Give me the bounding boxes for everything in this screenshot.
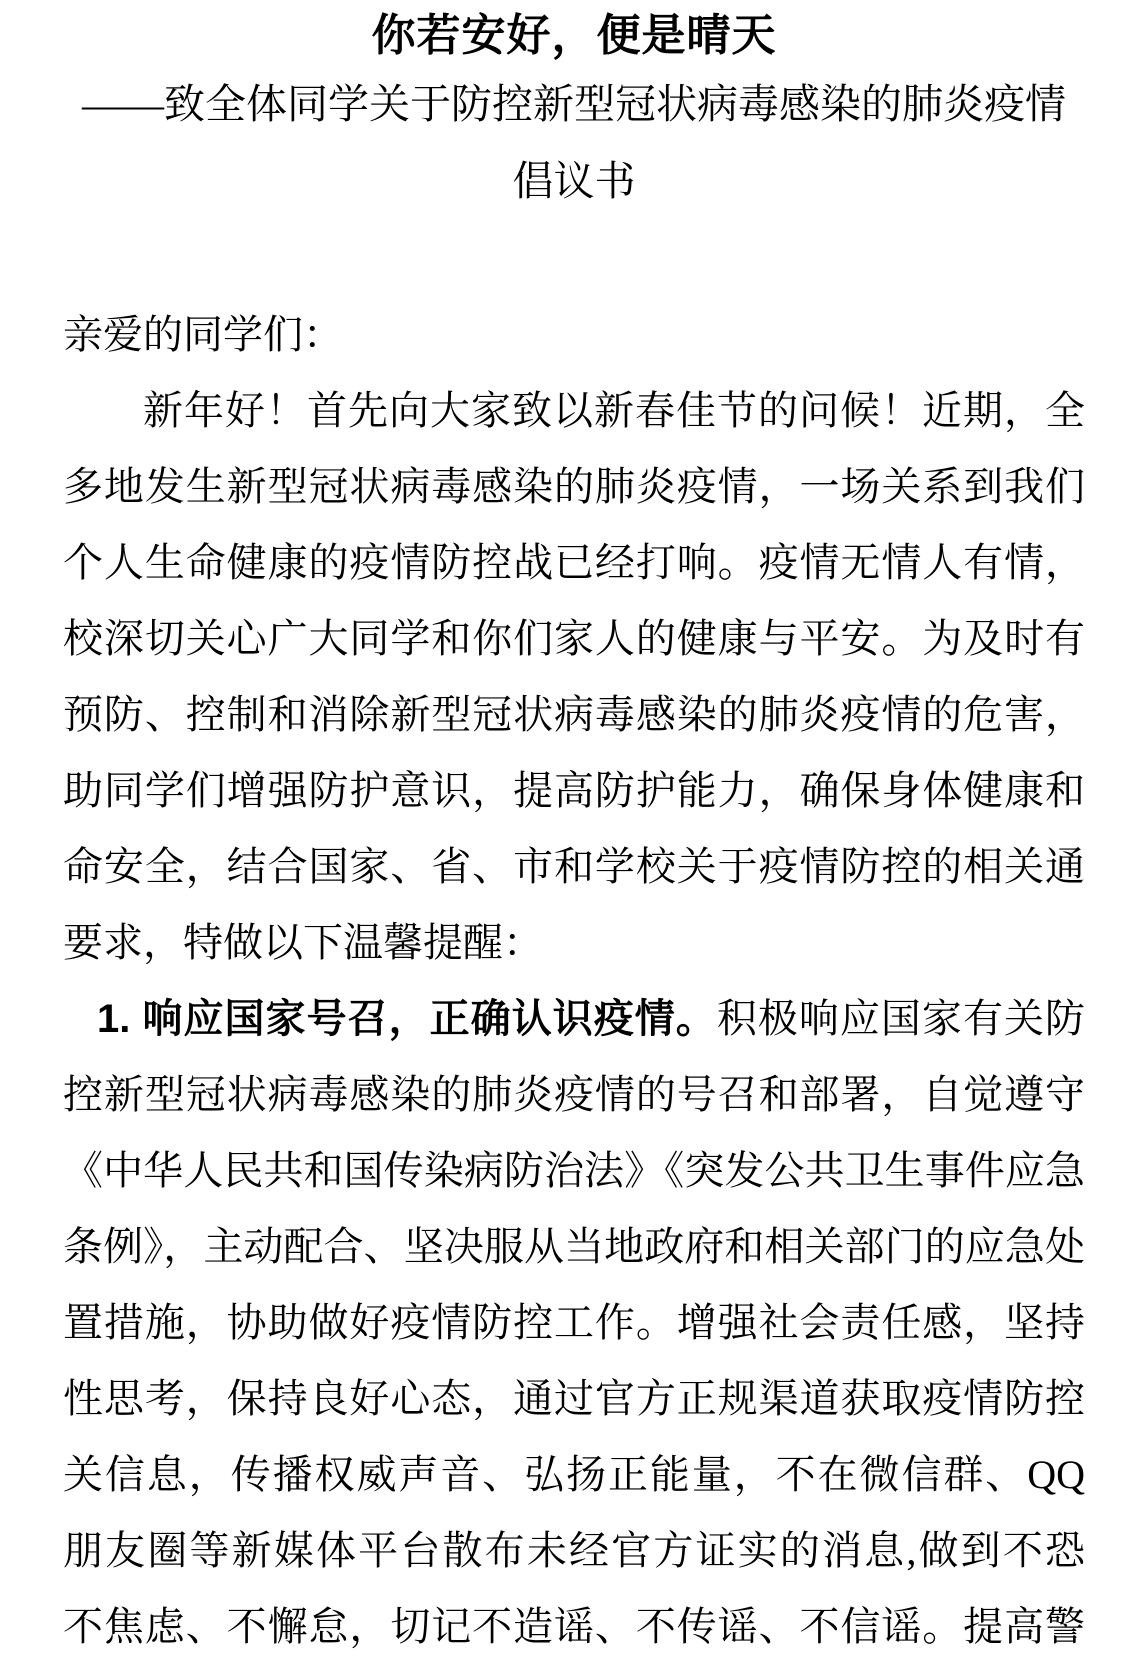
body-line: 命安全，结合国家、省、市和学校关于疫情防控的相关通知 bbox=[63, 829, 1085, 905]
body-line: 1. 响应国家号召，正确认识疫情。积极响应国家有关防 bbox=[63, 981, 1085, 1057]
document-title: 你若安好，便是晴天 bbox=[0, 6, 1148, 66]
body-line: 《中华人民共和国传染病防治法》《突发公共卫生事件应急 bbox=[63, 1133, 1085, 1209]
body-line: 性思考，保持良好心态，通过官方正规渠道获取疫情防控相 bbox=[63, 1361, 1085, 1437]
body-line-text: 积极响应国家有关防 bbox=[717, 996, 1085, 1041]
body-line: 朋友圈等新媒体平台散布未经官方证实的消息,做到不恐慌、 bbox=[63, 1513, 1085, 1589]
body-line: 预防、控制和消除新型冠状病毒感染的肺炎疫情的危害，帮 bbox=[63, 677, 1085, 753]
body-line: 要求，特做以下温馨提醒： bbox=[63, 905, 1085, 981]
body-line: 亲爱的同学们： bbox=[63, 297, 1085, 373]
body-line: 关信息，传播权威声音、弘扬正能量，不在微信群、QQ 群、 bbox=[63, 1437, 1085, 1513]
document-body: 亲爱的同学们：新年好！首先向大家致以新春佳节的问候！近期，全国多地发生新型冠状病… bbox=[63, 297, 1085, 1660]
body-line: 助同学们增强防护意识，提高防护能力，确保身体健康和生 bbox=[63, 753, 1085, 829]
document-type-heading: 倡议书 bbox=[0, 153, 1148, 209]
body-line: 新年好！首先向大家致以新春佳节的问候！近期，全国 bbox=[63, 373, 1085, 449]
section-heading-bold: 1. 响应国家号召，正确认识疫情。 bbox=[97, 997, 717, 1041]
body-line: 多地发生新型冠状病毒感染的肺炎疫情，一场关系到我们每 bbox=[63, 449, 1085, 525]
document-page: 你若安好，便是晴天 ——致全体同学关于防控新型冠状病毒感染的肺炎疫情 倡议书 亲… bbox=[0, 0, 1148, 1660]
body-line: 控新型冠状病毒感染的肺炎疫情的号召和部署，自觉遵守 bbox=[63, 1057, 1085, 1133]
body-line: 不焦虑、不懈怠，切记不造谣、不传谣、不信谣。提高警惕， bbox=[63, 1589, 1085, 1660]
document-subtitle: ——致全体同学关于防控新型冠状病毒感染的肺炎疫情 bbox=[0, 76, 1148, 132]
body-line: 个人生命健康的疫情防控战已经打响。疫情无情人有情，学 bbox=[63, 525, 1085, 601]
body-line: 校深切关心广大同学和你们家人的健康与平安。为及时有效 bbox=[63, 601, 1085, 677]
body-line: 条例》，主动配合、坚决服从当地政府和相关部门的应急处 bbox=[63, 1209, 1085, 1285]
body-line: 置措施，协助做好疫情防控工作。增强社会责任感，坚持理 bbox=[63, 1285, 1085, 1361]
